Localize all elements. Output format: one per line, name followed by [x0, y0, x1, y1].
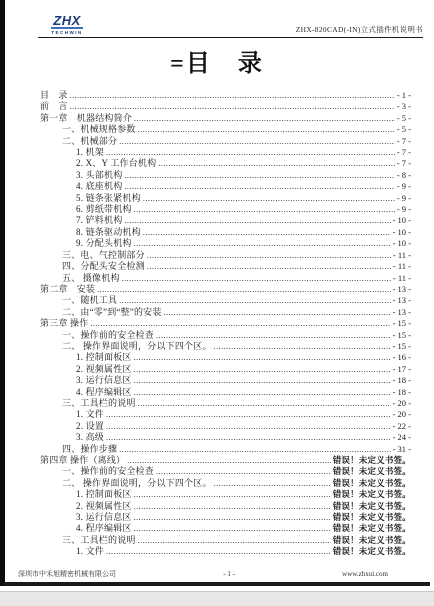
- toc-leader-dots: [124, 181, 394, 192]
- toc-page-number: - 10 -: [393, 227, 411, 238]
- toc-entry-label: 3. 高级: [76, 432, 104, 443]
- toc-entry: 第四章 操作（离线）错误！未定义书签。: [40, 455, 411, 466]
- toc-entry-label: 5. 链条张紧机构: [76, 193, 141, 204]
- toc-entry: 一、机械规格参数- 5 -: [40, 124, 411, 135]
- toc-page-number: - 9 -: [397, 193, 411, 204]
- toc-page-number: - 31 -: [393, 444, 411, 455]
- toc-entry-label: 1. 文件: [76, 409, 104, 420]
- toc-leader-dots: [214, 478, 331, 489]
- toc-leader-dots: [70, 101, 395, 112]
- company-logo: ZHX TECHWIN: [40, 12, 94, 36]
- toc-page-number: - 18 -: [393, 375, 411, 386]
- toc-entry: 3. 头部机构- 8 -: [40, 170, 411, 181]
- toc-error-text: 错误！未定义书签。: [333, 466, 411, 477]
- toc-entry: 8. 链条驱动机构- 10 -: [40, 227, 411, 238]
- toc-entry: 4. 底座机构- 9 -: [40, 181, 411, 192]
- toc-page-number: - 13 -: [393, 307, 411, 318]
- toc-error-text: 错误！未定义书签。: [333, 455, 411, 466]
- toc-entry-label: 6. 剪纸带机构: [76, 204, 132, 215]
- toc-entry: 4. 程序编辑区错误！未定义书签。: [40, 523, 411, 534]
- toc-entry: 三、工具栏的说明- 20 -: [40, 398, 411, 409]
- toc-list: 目 录- 1 -前 言- 3 -第一章 机器结构简介- 5 -一、机械规格参数-…: [40, 90, 411, 558]
- toc-error-text: 错误！未定义书签。: [333, 523, 411, 534]
- toc-entry-label: 1. 机架: [76, 147, 104, 158]
- toc-entry-label: 3. 运行信息区: [76, 512, 132, 523]
- toc-leader-dots: [97, 284, 390, 295]
- toc-page-number: - 7 -: [397, 136, 411, 147]
- toc-entry: 1. 控制面板区- 16 -: [40, 352, 411, 363]
- toc-entry: 4. 程序编辑区- 18 -: [40, 387, 411, 398]
- toc-page-number: - 9 -: [397, 181, 411, 192]
- toc-page-number: - 11 -: [393, 261, 411, 272]
- toc-entry-label: 二、 操作界面说明，分以下四个区。: [62, 341, 212, 352]
- toc-leader-dots: [134, 375, 391, 386]
- toc-entry-label: 2. 视频属性区: [76, 501, 132, 512]
- toc-entry: 四、操作步骤- 31 -: [40, 444, 411, 455]
- toc-leader-dots: [127, 455, 330, 466]
- footer-website: www.zhxui.com: [342, 570, 388, 578]
- toc-leader-dots: [143, 193, 395, 204]
- toc-entry: 2. 设置- 22 -: [40, 421, 411, 432]
- toc-entry-label: 二、 操作界面说明，分以下四个区。: [62, 478, 212, 489]
- footer-divider: [4, 582, 430, 586]
- toc-leader-dots: [134, 352, 391, 363]
- toc-entry-label: 三、工具栏的说明: [62, 535, 136, 546]
- toc-page-number: - 13 -: [393, 295, 411, 306]
- toc-leader-dots: [134, 501, 331, 512]
- toc-page-number: - 20 -: [393, 409, 411, 420]
- scan-edge-left: [0, 0, 5, 586]
- toc-leader-dots: [134, 512, 331, 523]
- toc-leader-dots: [138, 124, 395, 135]
- toc-leader-dots: [124, 215, 390, 226]
- toc-entry: 第二章 安装- 13 -: [40, 284, 411, 295]
- toc-page-number: - 13 -: [393, 284, 411, 295]
- toc-leader-dots: [164, 307, 391, 318]
- toc-entry-label: 三、电、气控制部分: [62, 250, 145, 261]
- toc-leader-dots: [138, 398, 391, 409]
- toc-entry-label: 一、操作前的安全检查: [62, 330, 154, 341]
- toc-page-number: - 11 -: [393, 273, 411, 284]
- toc-entry: 一、操作前的安全检查错误！未定义书签。: [40, 466, 411, 477]
- toc-entry: 第一章 机器结构简介- 5 -: [40, 113, 411, 124]
- toc-entry: 二、 操作界面说明，分以下四个区。错误！未定义书签。: [40, 478, 411, 489]
- toc-entry-label: 4. 程序编辑区: [76, 387, 132, 398]
- toc-leader-dots: [134, 204, 395, 215]
- toc-entry-label: 第四章 操作（离线）: [40, 455, 125, 466]
- toc-leader-dots: [134, 238, 391, 249]
- footer-company: 深圳市中禾旭精密机械有限公司: [18, 569, 116, 579]
- toc-page-number: - 7 -: [397, 158, 411, 169]
- toc-entry-label: 二、机械部分: [62, 136, 117, 147]
- toc-leader-dots: [138, 535, 331, 546]
- toc-leader-dots: [134, 387, 391, 398]
- toc-error-text: 错误！未定义书签。: [333, 501, 411, 512]
- toc-page-number: - 10 -: [393, 215, 411, 226]
- toc-page-number: - 5 -: [397, 124, 411, 135]
- toc-entry: 一、随机工具- 13 -: [40, 295, 411, 306]
- logo-techwin-text: TECHWIN: [40, 30, 94, 36]
- toc-entry: 2. 视频属性区错误！未定义书签。: [40, 501, 411, 512]
- toc-leader-dots: [70, 90, 395, 101]
- page-footer: 深圳市中禾旭精密机械有限公司 - 1 - www.zhxui.com: [18, 569, 388, 579]
- toc-page-number: - 3 -: [397, 101, 411, 112]
- toc-entry-label: 第三章 操作: [40, 318, 88, 329]
- toc-page-number: - 9 -: [397, 204, 411, 215]
- toc-page-number: - 1 -: [397, 90, 411, 101]
- toc-error-text: 错误！未定义书签。: [333, 546, 411, 557]
- toc-entry: 第三章 操作- 15 -: [40, 318, 411, 329]
- toc-entry: 前 言- 3 -: [40, 101, 411, 112]
- toc-leader-dots: [158, 158, 395, 169]
- toc-page-number: - 10 -: [393, 238, 411, 249]
- toc-page-number: - 16 -: [393, 352, 411, 363]
- toc-entry: 6. 剪纸带机构- 9 -: [40, 204, 411, 215]
- toc-entry: 7. 铲料机构- 10 -: [40, 215, 411, 226]
- toc-entry: 四、分配头安全检测- 11 -: [40, 261, 411, 272]
- toc-leader-dots: [106, 546, 331, 557]
- logo-zhx-text: ZHX: [51, 14, 83, 29]
- toc-leader-dots: [124, 170, 394, 181]
- header-doc-title: ZHX-820CAD(-IN)立式插件机说明书: [296, 24, 423, 35]
- toc-error-text: 错误！未定义书签。: [333, 512, 411, 523]
- toc-entry-label: 三、工具栏的说明: [62, 398, 136, 409]
- toc-entry-label: 2. 视频属性区: [76, 364, 132, 375]
- toc-entry: 1. 文件错误！未定义书签。: [40, 546, 411, 557]
- scan-edge-bottom: [0, 591, 434, 606]
- toc-entry-label: 一、随机工具: [62, 295, 117, 306]
- toc-leader-dots: [134, 489, 331, 500]
- toc-entry-label: 1. 控制面板区: [76, 352, 132, 363]
- toc-leader-dots: [106, 147, 395, 158]
- toc-leader-dots: [147, 261, 391, 272]
- toc-leader-dots: [122, 273, 391, 284]
- toc-leader-dots: [134, 523, 331, 534]
- toc-leader-dots: [106, 409, 391, 420]
- toc-page-number: - 15 -: [393, 318, 411, 329]
- toc-leader-dots: [134, 364, 391, 375]
- toc-page-number: - 18 -: [393, 387, 411, 398]
- toc-entry-label: 四、操作步骤: [62, 444, 117, 455]
- toc-error-text: 错误！未定义书签。: [333, 478, 411, 489]
- toc-leader-dots: [119, 444, 390, 455]
- toc-entry: 3. 运行信息区- 18 -: [40, 375, 411, 386]
- toc-leader-dots: [214, 341, 391, 352]
- toc-page-number: - 8 -: [397, 170, 411, 181]
- toc-page-number: - 17 -: [393, 364, 411, 375]
- toc-entry: 1. 机架- 7 -: [40, 147, 411, 158]
- toc-entry-label: 1. 文件: [76, 546, 104, 557]
- toc-entry-label: 一、机械规格参数: [62, 124, 136, 135]
- toc-entry: 9. 分配头机构- 10 -: [40, 238, 411, 249]
- toc-entry: 3. 高级- 24 -: [40, 432, 411, 443]
- toc-entry-label: 目 录: [40, 90, 68, 101]
- toc-page-number: - 15 -: [393, 341, 411, 352]
- toc-entry-label: 4. 底座机构: [76, 181, 122, 192]
- toc-page-number: - 22 -: [393, 421, 411, 432]
- toc-page-number: - 24 -: [393, 432, 411, 443]
- toc-entry: 5. 链条张紧机构- 9 -: [40, 193, 411, 204]
- toc-entry-label: 五、 摄像机构: [62, 273, 120, 284]
- toc-page-number: - 5 -: [397, 113, 411, 124]
- toc-entry: 2. X、Y 工作台机构- 7 -: [40, 158, 411, 169]
- toc-entry-label: 9. 分配头机构: [76, 238, 132, 249]
- toc-entry-label: 一、操作前的安全检查: [62, 466, 154, 477]
- toc-entry-label: 二、由“零”到“整”的安装: [62, 307, 162, 318]
- toc-entry: 2. 视频属性区- 17 -: [40, 364, 411, 375]
- toc-entry-label: 前 言: [40, 101, 68, 112]
- toc-leader-dots: [90, 318, 390, 329]
- toc-page-number: - 7 -: [397, 147, 411, 158]
- header-divider: [38, 37, 423, 38]
- page-header: ZHX TECHWIN ZHX-820CAD(-IN)立式插件机说明书: [38, 11, 423, 37]
- document-page: ZHX TECHWIN ZHX-820CAD(-IN)立式插件机说明书 =目 录…: [0, 0, 434, 606]
- toc-entry-label: 2. 设置: [76, 421, 104, 432]
- toc-entry-label: 3. 运行信息区: [76, 375, 132, 386]
- toc-page-number: - 15 -: [393, 330, 411, 341]
- toc-entry: 二、由“零”到“整”的安装- 13 -: [40, 307, 411, 318]
- toc-entry-label: 1. 控制面板区: [76, 489, 132, 500]
- toc-leader-dots: [134, 113, 395, 124]
- toc-entry-label: 4. 程序编辑区: [76, 523, 132, 534]
- page-title: =目 录: [0, 43, 434, 78]
- toc-entry-label: 四、分配头安全检测: [62, 261, 145, 272]
- footer-page-number: - 1 -: [223, 570, 235, 578]
- toc-entry-label: 7. 铲料机构: [76, 215, 122, 226]
- toc-entry: 三、工具栏的说明错误！未定义书签。: [40, 535, 411, 546]
- toc-leader-dots: [143, 227, 391, 238]
- toc-error-text: 错误！未定义书签。: [333, 489, 411, 500]
- toc-entry: 1. 文件- 20 -: [40, 409, 411, 420]
- toc-leader-dots: [156, 330, 391, 341]
- toc-entry: 三、电、气控制部分- 11 -: [40, 250, 411, 261]
- toc-entry-label: 第二章 安装: [40, 284, 95, 295]
- toc-leader-dots: [147, 250, 391, 261]
- toc-entry-label: 第一章 机器结构简介: [40, 113, 132, 124]
- toc-entry-label: 8. 链条驱动机构: [76, 227, 141, 238]
- toc-error-text: 错误！未定义书签。: [333, 535, 411, 546]
- toc-entry: 二、机械部分- 7 -: [40, 136, 411, 147]
- toc-leader-dots: [106, 432, 391, 443]
- toc-leader-dots: [119, 136, 395, 147]
- toc-entry: 一、操作前的安全检查- 15 -: [40, 330, 411, 341]
- toc-page-number: - 11 -: [393, 250, 411, 261]
- toc-leader-dots: [156, 466, 331, 477]
- toc-entry: 目 录- 1 -: [40, 90, 411, 101]
- toc-entry: 五、 摄像机构- 11 -: [40, 273, 411, 284]
- toc-entry: 1. 控制面板区错误！未定义书签。: [40, 489, 411, 500]
- toc-leader-dots: [119, 295, 390, 306]
- toc-entry: 3. 运行信息区错误！未定义书签。: [40, 512, 411, 523]
- toc-page-number: - 20 -: [393, 398, 411, 409]
- toc-entry: 二、 操作界面说明，分以下四个区。- 15 -: [40, 341, 411, 352]
- toc-entry-label: 2. X、Y 工作台机构: [76, 158, 156, 169]
- toc-leader-dots: [106, 421, 391, 432]
- toc-entry-label: 3. 头部机构: [76, 170, 122, 181]
